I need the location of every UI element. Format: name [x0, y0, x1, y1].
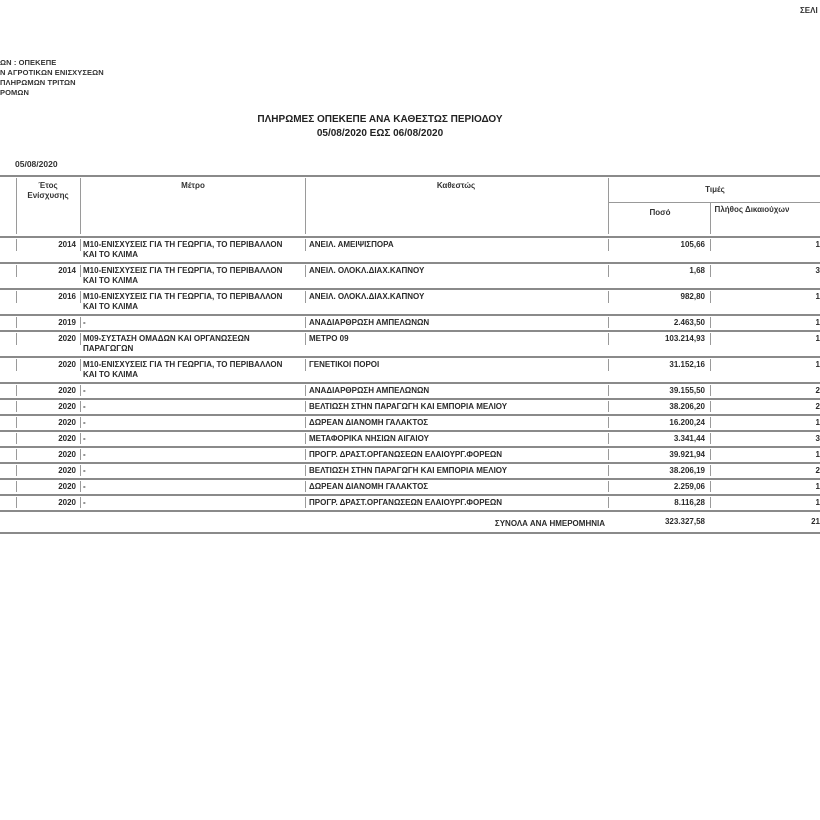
- cell-measure: -: [83, 434, 288, 444]
- column-divider: [305, 497, 306, 508]
- cell-beneficiaries: 1: [712, 318, 820, 328]
- cell-amount: 39.921,94: [610, 450, 705, 460]
- column-divider: [710, 202, 711, 234]
- header-status: Καθεστώς: [306, 181, 606, 191]
- report-period: 05/08/2020 ΕΩΣ 06/08/2020: [0, 128, 760, 139]
- cell-status: ΔΩΡΕΑΝ ΔΙΑΝΟΜΗ ΓΑΛΑΚΤΟΣ: [309, 482, 604, 492]
- row-divider: [0, 356, 820, 358]
- cell-status: ΑΝΕΙΛ. ΟΛΟΚΛ.ΔΙΑΧ.ΚΑΠΝΟΥ: [309, 292, 604, 302]
- cell-measure: Μ10-ΕΝΙΣΧΥΣΕΙΣ ΓΙΑ ΤΗ ΓΕΩΡΓΙΑ, ΤΟ ΠΕΡΙΒΑ…: [83, 266, 288, 286]
- cell-beneficiaries: 2: [712, 466, 820, 476]
- row-divider: [0, 494, 820, 496]
- column-divider: [80, 265, 81, 277]
- cell-amount: 105,66: [610, 240, 705, 250]
- row-divider: [0, 446, 820, 448]
- column-divider: [305, 333, 306, 345]
- cell-year: 2019: [18, 318, 76, 328]
- cell-beneficiaries: 1: [712, 498, 820, 508]
- column-divider: [608, 317, 609, 328]
- column-divider: [710, 417, 711, 428]
- cell-beneficiaries: 3: [712, 266, 820, 276]
- cell-amount: 982,80: [610, 292, 705, 302]
- column-divider: [16, 401, 17, 412]
- cell-measure: -: [83, 318, 288, 328]
- header-amount: Ποσό: [610, 208, 710, 218]
- org-line-2: Ν ΑΓΡΟΤΙΚΩΝ ΕΝΙΣΧΥΣΕΩΝ: [0, 68, 104, 77]
- column-divider: [710, 385, 711, 396]
- column-divider: [80, 317, 81, 328]
- column-divider: [608, 265, 609, 277]
- column-divider: [710, 291, 711, 303]
- column-divider: [608, 359, 609, 371]
- column-divider: [305, 401, 306, 412]
- cell-year: 2020: [18, 386, 76, 396]
- column-divider: [80, 385, 81, 396]
- cell-status: ΔΩΡΕΑΝ ΔΙΑΝΟΜΗ ΓΑΛΑΚΤΟΣ: [309, 418, 604, 428]
- cell-amount: 31.152,16: [610, 360, 705, 370]
- cell-status: ΠΡΟΓΡ. ΔΡΑΣΤ.ΟΡΓΑΝΩΣΕΩΝ ΕΛΑΙΟΥΡΓ.ΦΟΡΕΩΝ: [309, 450, 604, 460]
- column-divider: [710, 265, 711, 277]
- page-label: ΣΕΛΙ: [800, 6, 818, 15]
- column-divider: [305, 265, 306, 277]
- column-divider: [608, 385, 609, 396]
- column-divider: [608, 333, 609, 345]
- header-measure: Μέτρο: [82, 181, 304, 191]
- header-bottom-border: [0, 236, 820, 238]
- cell-status: ΑΝΑΔΙΑΡΘΡΩΣΗ ΑΜΠΕΛΩΝΩΝ: [309, 318, 604, 328]
- column-divider: [710, 465, 711, 476]
- cell-measure: Μ10-ΕΝΙΣΧΥΣΕΙΣ ΓΙΑ ΤΗ ΓΕΩΡΓΙΑ, ΤΟ ΠΕΡΙΒΑ…: [83, 292, 288, 312]
- org-line-4: ΡΟΜΩΝ: [0, 88, 29, 97]
- column-divider: [608, 291, 609, 303]
- totals-amount: 323.327,58: [610, 517, 705, 527]
- column-divider: [80, 291, 81, 303]
- column-divider: [16, 239, 17, 251]
- column-divider: [80, 333, 81, 345]
- cell-beneficiaries: 1: [712, 482, 820, 492]
- cell-measure: -: [83, 482, 288, 492]
- report-title: ΠΛΗΡΩΜΕΣ ΟΠΕΚΕΠΕ ΑΝΑ ΚΑΘΕΣΤΩΣ ΠΕΡΙΟΔΟΥ: [0, 114, 760, 125]
- row-divider: [0, 510, 820, 512]
- cell-amount: 8.116,28: [610, 498, 705, 508]
- column-divider: [80, 417, 81, 428]
- cell-year: 2014: [18, 266, 76, 276]
- cell-beneficiaries: 1: [712, 292, 820, 302]
- cell-measure: Μ10-ΕΝΙΣΧΥΣΕΙΣ ΓΙΑ ΤΗ ΓΕΩΡΓΙΑ, ΤΟ ΠΕΡΙΒΑ…: [83, 240, 288, 260]
- cell-beneficiaries: 3: [712, 434, 820, 444]
- column-divider: [16, 291, 17, 303]
- column-divider: [16, 265, 17, 277]
- row-divider: [0, 262, 820, 264]
- column-divider: [80, 178, 81, 234]
- column-divider: [305, 465, 306, 476]
- cell-amount: 3.341,44: [610, 434, 705, 444]
- cell-measure: -: [83, 386, 288, 396]
- column-divider: [305, 385, 306, 396]
- cell-status: ΑΝΕΙΛ. ΟΛΟΚΛ.ΔΙΑΧ.ΚΑΠΝΟΥ: [309, 266, 604, 276]
- cell-amount: 39.155,50: [610, 386, 705, 396]
- date-group-label: 05/08/2020: [15, 159, 58, 169]
- cell-status: ΓΕΝΕΤΙΚΟΙ ΠΟΡΟΙ: [309, 360, 604, 370]
- column-divider: [16, 359, 17, 371]
- cell-status: ΜΕΤΑΦΟΡΙΚΑ ΝΗΣΙΩΝ ΑΙΓΑΙΟΥ: [309, 434, 604, 444]
- column-divider: [710, 401, 711, 412]
- column-divider: [16, 317, 17, 328]
- cell-amount: 38.206,20: [610, 402, 705, 412]
- row-divider: [0, 414, 820, 416]
- column-divider: [710, 481, 711, 492]
- cell-beneficiaries: 2: [712, 386, 820, 396]
- column-divider: [80, 401, 81, 412]
- table-bottom-border: [0, 532, 820, 534]
- column-divider: [80, 433, 81, 444]
- cell-beneficiaries: 1: [712, 334, 820, 344]
- column-divider: [608, 239, 609, 251]
- column-divider: [305, 417, 306, 428]
- cell-status: ΜΕΤΡΟ 09: [309, 334, 604, 344]
- column-divider: [16, 385, 17, 396]
- column-divider: [80, 497, 81, 508]
- header-year: Έτος Ενίσχυσης: [18, 181, 78, 201]
- header-values-divider: [608, 202, 820, 203]
- cell-status: ΠΡΟΓΡ. ΔΡΑΣΤ.ΟΡΓΑΝΩΣΕΩΝ ΕΛΑΙΟΥΡΓ.ΦΟΡΕΩΝ: [309, 498, 604, 508]
- column-divider: [16, 481, 17, 492]
- column-divider: [608, 401, 609, 412]
- org-line-1: ΩΝ : ΟΠΕΚΕΠΕ: [0, 58, 56, 67]
- cell-status: ΒΕΛΤΙΩΣΗ ΣΤΗΝ ΠΑΡΑΓΩΓΗ ΚΑΙ ΕΜΠΟΡΙΑ ΜΕΛΙΟ…: [309, 466, 604, 476]
- cell-beneficiaries: 1: [712, 360, 820, 370]
- column-divider: [305, 178, 306, 234]
- column-divider: [608, 178, 609, 234]
- cell-year: 2020: [18, 482, 76, 492]
- cell-year: 2020: [18, 450, 76, 460]
- row-divider: [0, 314, 820, 316]
- column-divider: [305, 481, 306, 492]
- column-divider: [305, 449, 306, 460]
- column-divider: [608, 433, 609, 444]
- column-divider: [80, 239, 81, 251]
- column-divider: [80, 359, 81, 371]
- cell-beneficiaries: 1: [712, 240, 820, 250]
- cell-measure: -: [83, 466, 288, 476]
- cell-beneficiaries: 1: [712, 450, 820, 460]
- row-divider: [0, 398, 820, 400]
- cell-measure: -: [83, 418, 288, 428]
- cell-beneficiaries: 1: [712, 418, 820, 428]
- cell-year: 2020: [18, 418, 76, 428]
- cell-amount: 16.200,24: [610, 418, 705, 428]
- cell-year: 2020: [18, 434, 76, 444]
- column-divider: [710, 333, 711, 345]
- cell-year: 2016: [18, 292, 76, 302]
- table-top-border: [0, 175, 820, 177]
- cell-amount: 1,68: [610, 266, 705, 276]
- column-divider: [16, 417, 17, 428]
- cell-amount: 2.463,50: [610, 318, 705, 328]
- column-divider: [608, 497, 609, 508]
- column-divider: [305, 291, 306, 303]
- row-divider: [0, 330, 820, 332]
- row-divider: [0, 382, 820, 384]
- row-divider: [0, 462, 820, 464]
- column-divider: [16, 449, 17, 460]
- cell-year: 2020: [18, 466, 76, 476]
- cell-year: 2020: [18, 498, 76, 508]
- column-divider: [608, 417, 609, 428]
- totals-label: ΣΥΝΟΛΑ ΑΝΑ ΗΜΕΡΟΜΗΝΙΑ: [420, 519, 605, 529]
- cell-status: ΑΝΑΔΙΑΡΘΡΩΣΗ ΑΜΠΕΛΩΝΩΝ: [309, 386, 604, 396]
- column-divider: [80, 481, 81, 492]
- column-divider: [16, 333, 17, 345]
- cell-measure: -: [83, 450, 288, 460]
- cell-status: ΒΕΛΤΙΩΣΗ ΣΤΗΝ ΠΑΡΑΓΩΓΗ ΚΑΙ ΕΜΠΟΡΙΑ ΜΕΛΙΟ…: [309, 402, 604, 412]
- column-divider: [16, 178, 17, 234]
- header-values: Τιμές: [610, 185, 820, 195]
- row-divider: [0, 478, 820, 480]
- row-divider: [0, 288, 820, 290]
- cell-year: 2020: [18, 360, 76, 370]
- column-divider: [305, 317, 306, 328]
- column-divider: [305, 239, 306, 251]
- column-divider: [710, 433, 711, 444]
- cell-amount: 38.206,19: [610, 466, 705, 476]
- column-divider: [16, 433, 17, 444]
- row-divider: [0, 430, 820, 432]
- cell-year: 2014: [18, 240, 76, 250]
- column-divider: [710, 239, 711, 251]
- cell-amount: 2.259,06: [610, 482, 705, 492]
- column-divider: [710, 449, 711, 460]
- cell-status: ΑΝΕΙΛ. ΑΜΕΙΨΙΣΠΟΡΑ: [309, 240, 604, 250]
- org-line-3: ΠΛΗΡΩΜΩΝ ΤΡΙΤΩΝ: [0, 78, 76, 87]
- column-divider: [305, 359, 306, 371]
- cell-measure: -: [83, 402, 288, 412]
- column-divider: [80, 465, 81, 476]
- cell-beneficiaries: 2: [712, 402, 820, 412]
- cell-measure: Μ09-ΣΥΣΤΑΣΗ ΟΜΑΔΩΝ ΚΑΙ ΟΡΓΑΝΩΣΕΩΝ ΠΑΡΑΓΩ…: [83, 334, 288, 354]
- column-divider: [710, 317, 711, 328]
- column-divider: [608, 465, 609, 476]
- column-divider: [16, 497, 17, 508]
- cell-amount: 103.214,93: [610, 334, 705, 344]
- cell-year: 2020: [18, 402, 76, 412]
- column-divider: [608, 449, 609, 460]
- header-beneficiaries: Πλήθος Δικαιούχων: [712, 205, 792, 215]
- column-divider: [710, 359, 711, 371]
- column-divider: [16, 465, 17, 476]
- cell-measure: Μ10-ΕΝΙΣΧΥΣΕΙΣ ΓΙΑ ΤΗ ΓΕΩΡΓΙΑ, ΤΟ ΠΕΡΙΒΑ…: [83, 360, 288, 380]
- column-divider: [710, 497, 711, 508]
- totals-beneficiaries: 21: [712, 517, 820, 527]
- cell-year: 2020: [18, 334, 76, 344]
- cell-measure: -: [83, 498, 288, 508]
- column-divider: [80, 449, 81, 460]
- column-divider: [608, 481, 609, 492]
- column-divider: [305, 433, 306, 444]
